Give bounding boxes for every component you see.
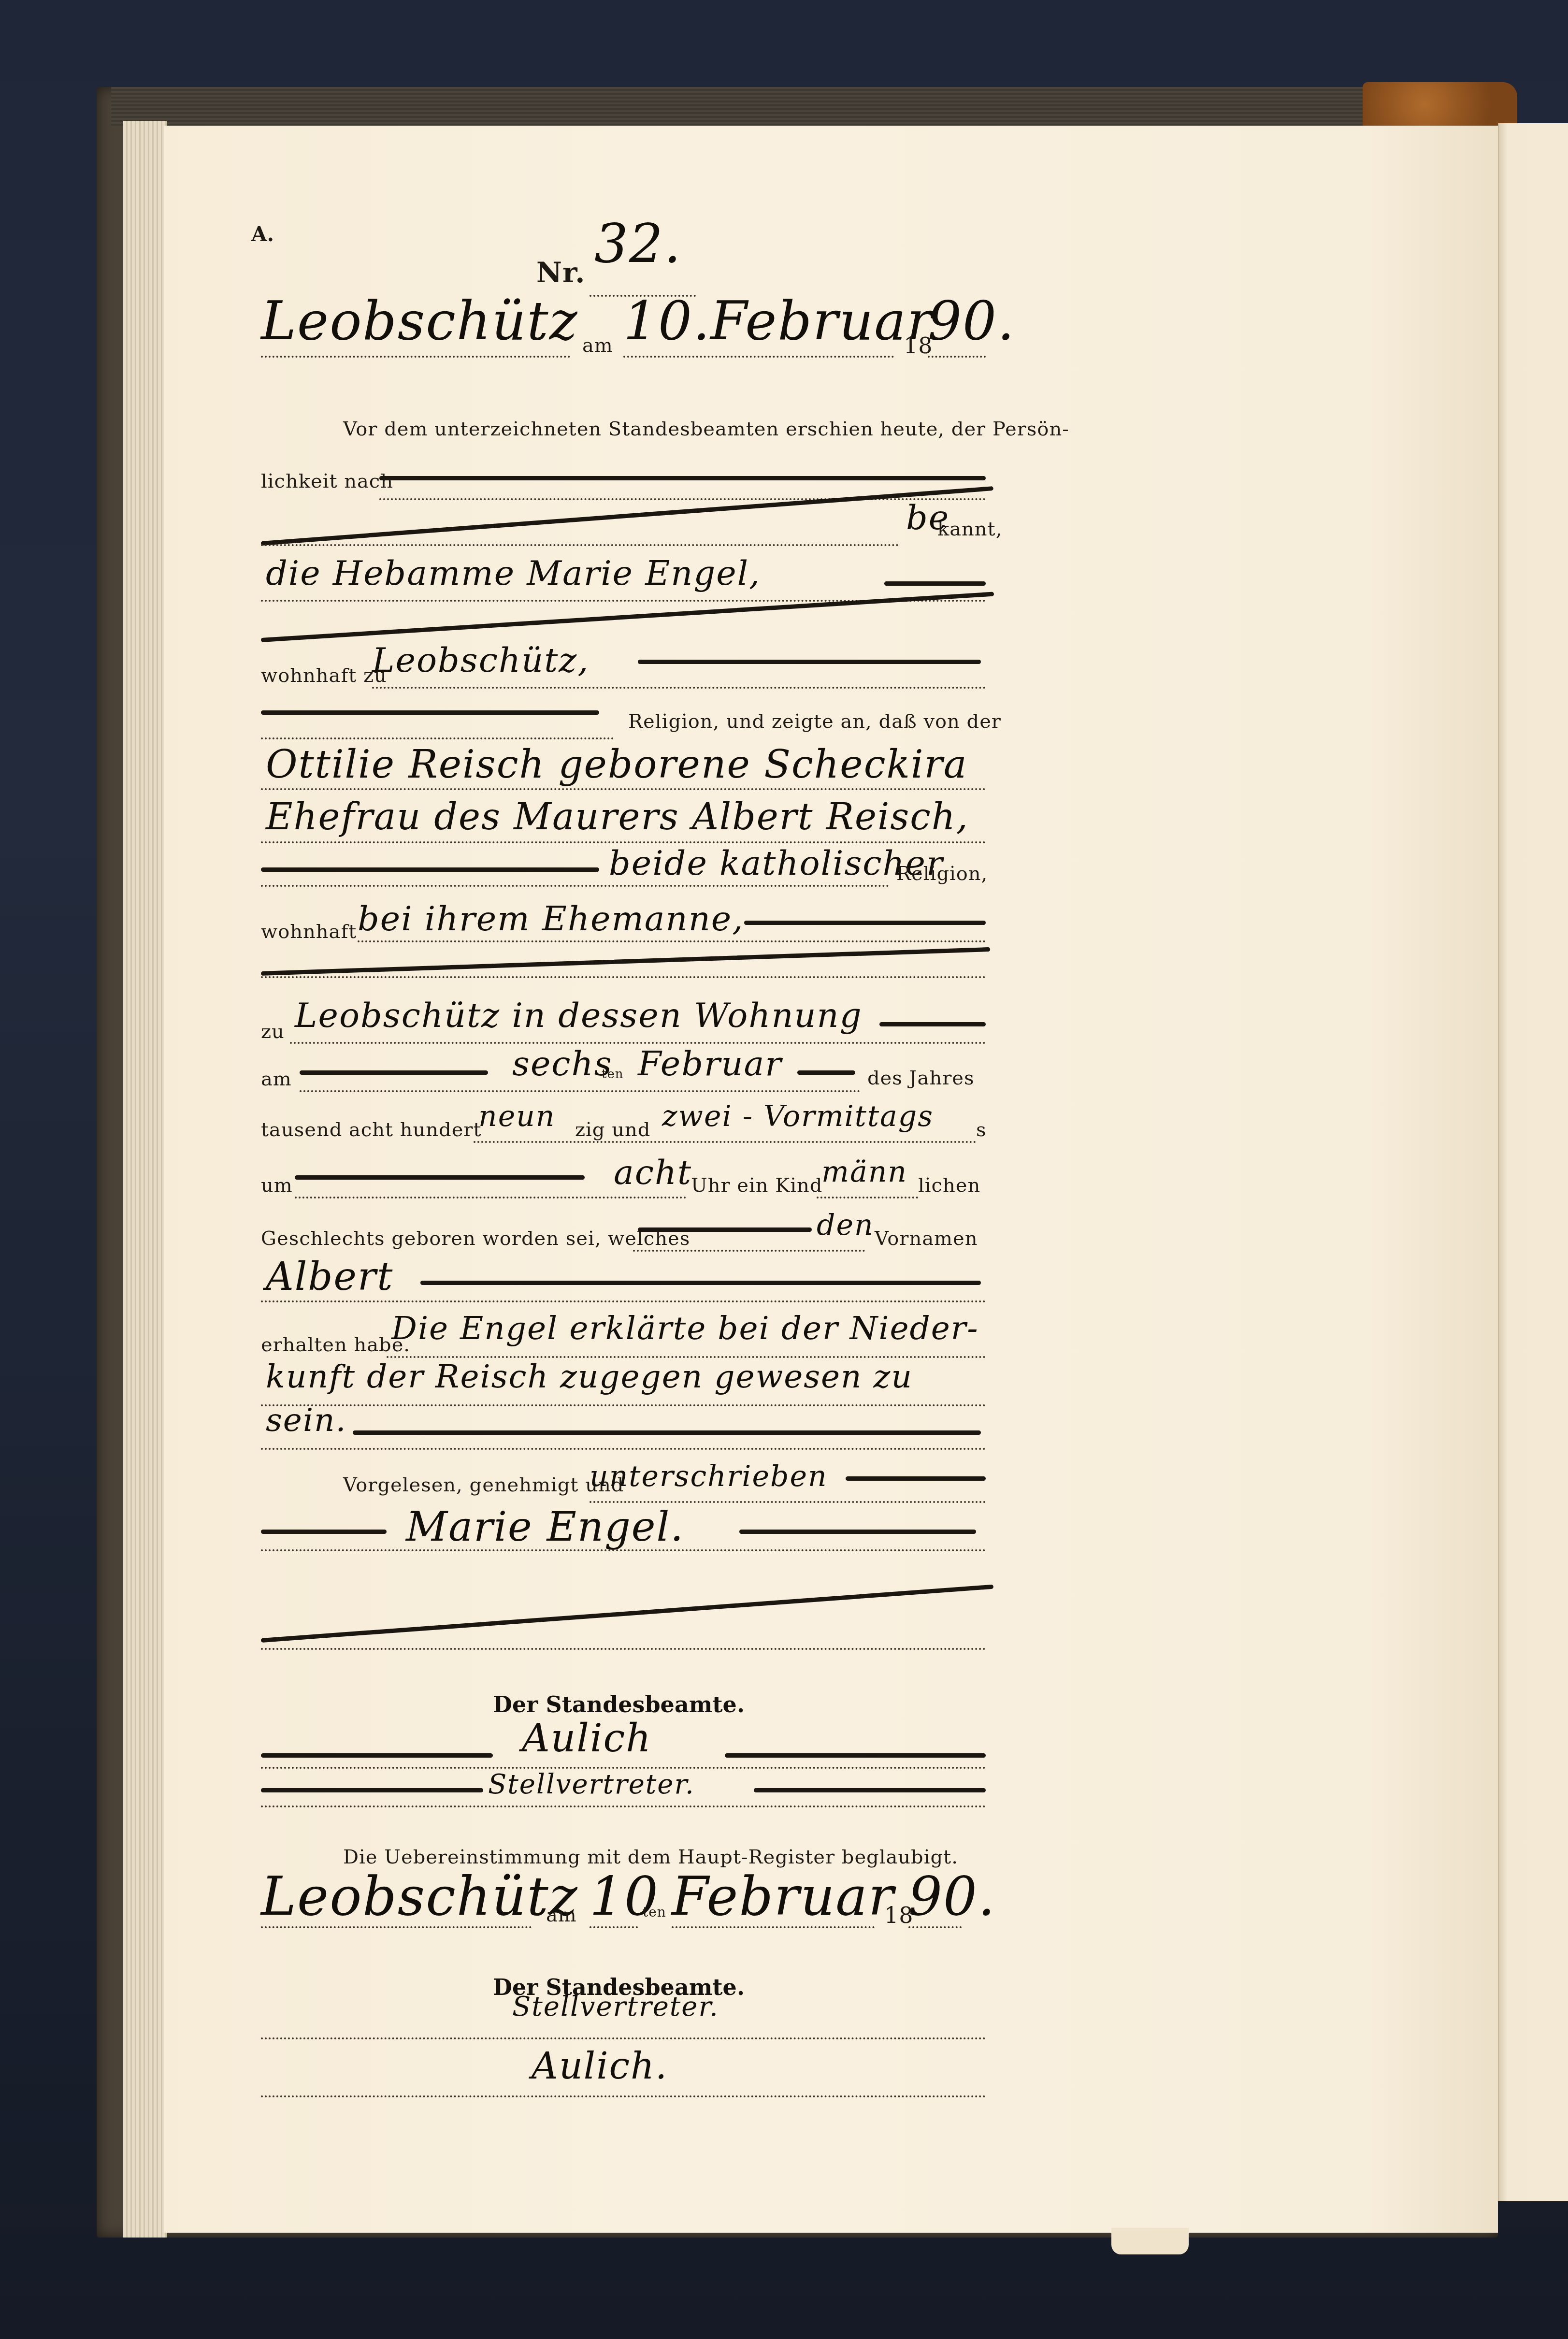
tausend-label: tausend acht hundert [261,1119,482,1141]
certification-role-row: Stellvertreter. [261,1991,986,2039]
informant-residence: Leobschütz, [372,640,589,680]
dotted-line [623,356,894,358]
dotted-line [474,1141,976,1143]
registrar-title: Der Standesbeamte. [493,1691,745,1718]
registrar-signature-row: Aulich [261,1716,986,1769]
informant-name: die Hebamme Marie Engel, [266,553,761,593]
intro-text: Vor dem unterzeichneten Standesbeamten e… [343,418,1069,440]
strike-line [261,1788,483,1792]
mother-husband: Ehefrau des Maurers Albert Reisch, [266,795,969,838]
page-tab [1111,2228,1189,2254]
strike-line [261,710,599,715]
dotted-line [261,1300,986,1302]
strike-line [300,1070,488,1075]
strike-line [420,1281,981,1285]
gender-row: Geschlechts geboren worden sei, welches … [261,1203,986,1252]
wohnhaft-label: wohnhaft [261,921,357,943]
child-name: Albert [266,1254,393,1299]
mother-name: Ottilie Reisch geborene Scheckira [266,742,967,787]
remark-line-3: sein. [266,1401,347,1439]
dotted-line [590,1926,638,1928]
birth-date-row: am sechs ten Februar des Jahres [261,1044,986,1092]
certification-role: Stellvertreter. [512,1991,719,2022]
header-place: Leobschütz [261,290,578,352]
remark-row-3: sein. [261,1401,986,1450]
bekannt-print: kannt, [937,518,1002,540]
dotted-line [261,1448,986,1450]
strike-line [353,1430,981,1435]
strike-line [744,921,986,925]
birth-year-row: tausend acht hundert neun zig und zwei -… [261,1095,986,1143]
number-label: Nr. [536,256,585,289]
strike-line [846,1476,986,1481]
parents-religion: beide katholischer [609,843,944,883]
registrar-role: Stellvertreter. [488,1769,695,1800]
strike-line [739,1530,976,1534]
uhr-kind-label: Uhr ein Kind [691,1174,822,1197]
vorgelesen-label: Vorgelesen, genehmigt und [343,1474,624,1496]
religion-row: Religion, und zeigte an, daß von der [261,701,986,739]
vornamen-hand: den [817,1208,874,1242]
unterschrieben-hand: unterschrieben [590,1459,828,1493]
dotted-line [295,1197,686,1198]
certification-signature-row: Aulich. [261,2044,986,2097]
certification-place: Leobschütz [261,1865,578,1927]
header-row: Leobschütz am 10. Februar 18 90. [261,290,986,358]
strike-line [754,1788,986,1792]
birthplace: Leobschütz in dessen Wohnung [295,996,862,1035]
dotted-line [672,1926,875,1928]
registrar-role-row: Stellvertreter. [261,1769,986,1807]
informant-row: die Hebamme Marie Engel, [261,553,986,602]
vorgelesen-row: Vorgelesen, genehmigt und unterschrieben [261,1459,986,1503]
birth-hour: acht [614,1153,692,1192]
zu-label: zu [261,1021,285,1043]
certification-month: Februar [672,1865,894,1927]
certification-day-suffix: ten [643,1904,666,1920]
header-am: am [582,334,613,357]
parents-religion-row: beide katholischer Religion, [261,843,986,887]
sex-suffix: lichen [918,1174,980,1197]
register-number: 32. [594,213,682,274]
lichkeit-row: lichkeit nach [261,462,986,500]
strike-line [725,1753,986,1758]
remark-row-1: erhalten habe. Die Engel erklärte bei de… [261,1310,986,1358]
header-year-suffix: 90. [928,290,1015,352]
mother-row: Ottilie Reisch geborene Scheckira [261,737,986,790]
birth-day-suffix: ten [602,1067,624,1082]
next-page-edge [1498,123,1568,2201]
religion-announce-text: Religion, und zeigte an, daß von der [628,710,1001,733]
dotted-line [261,1648,986,1650]
birth-month: Februar [638,1044,782,1083]
informant-signature: Marie Engel. [406,1503,684,1550]
dotted-line [261,544,899,546]
remark-line-2: kunft der Reisch zugegen gewesen zu [266,1358,913,1395]
mother-line2-row: Ehefrau des Maurers Albert Reisch, [261,790,986,843]
strike-line [884,581,986,586]
strike-line [261,1530,387,1534]
dotted-line [261,1926,532,1928]
dotted-line [261,356,570,358]
geschlechts-label: Geschlechts geboren worden sei, welches [261,1227,690,1250]
dotted-line [372,687,986,689]
dotted-line [261,1549,986,1551]
birthplace-row: zu Leobschütz in dessen Wohnung [261,991,986,1044]
dotted-line [817,1197,918,1198]
wohnhaft-zu-row: wohnhaft zu Leobschütz, [261,640,986,689]
dotted-line [908,1926,962,1928]
remark-row-2: kunft der Reisch zugegen gewesen zu [261,1358,986,1406]
dotted-line [261,885,889,887]
birth-day: sechs [512,1044,613,1083]
year-units: zwei - Vormittags [662,1099,934,1133]
registrar-signature: Aulich [522,1716,652,1761]
dotted-line [261,1805,986,1807]
dotted-line [633,1250,865,1252]
strike-line [638,1227,812,1232]
child-sex: männ [821,1155,907,1189]
wohnhaft-zu-label: wohnhaft zu [261,664,387,687]
certification-am: am [546,1904,577,1926]
dotted-line [358,940,986,942]
erhalten-habe-label: erhalten habe. [261,1334,410,1356]
strike-line [879,1022,986,1026]
strike-line [295,1175,585,1180]
dotted-line [261,976,986,978]
mother-residence: bei ihrem Ehemanne, [358,899,744,938]
um-label: um [261,1174,293,1197]
remark-line-1: Die Engel erklärte bei der Nieder- [391,1310,979,1347]
header-month: Februar [710,290,933,352]
certification-year-suffix: 90. [908,1865,996,1927]
am-label: am [261,1068,292,1090]
dotted-line [928,356,986,358]
leather-corner [1363,82,1517,126]
dotted-line [261,2095,986,2097]
vornamen-label: Vornamen [875,1227,978,1250]
mother-residence-row: wohnhaft bei ihrem Ehemanne, [261,894,986,942]
year-tens: neun [478,1099,555,1133]
des-jahres-label: des Jahres [867,1067,974,1089]
certification-date-row: Leobschütz am 10 ten Februar 18 90. [261,1865,986,1928]
certification-signature: Aulich. [532,2044,668,2087]
child-name-row: Albert [261,1254,986,1302]
book-cover-top-band [111,87,1377,126]
header-day: 10. [623,290,711,352]
page-stack-edges [123,121,167,2238]
dotted-line [261,2037,986,2039]
strike-line [797,1070,855,1075]
bekannt-row: be kannt, [261,507,986,546]
dotted-line [379,498,986,500]
form-letter: A. [251,222,274,246]
strike-line [261,867,599,872]
s-suffix: s [976,1119,987,1141]
religion-label: Religion, [896,863,988,885]
lichkeit-label: lichkeit nach [261,470,393,492]
birth-hour-row: um acht Uhr ein Kind männ lichen [261,1150,986,1198]
strike-line [638,660,981,664]
dotted-line [300,1090,860,1092]
strike-line [261,1753,493,1758]
zig-und-label: zig und [575,1119,650,1141]
informant-signature-row: Marie Engel. [261,1503,986,1551]
strike-line [379,476,986,480]
